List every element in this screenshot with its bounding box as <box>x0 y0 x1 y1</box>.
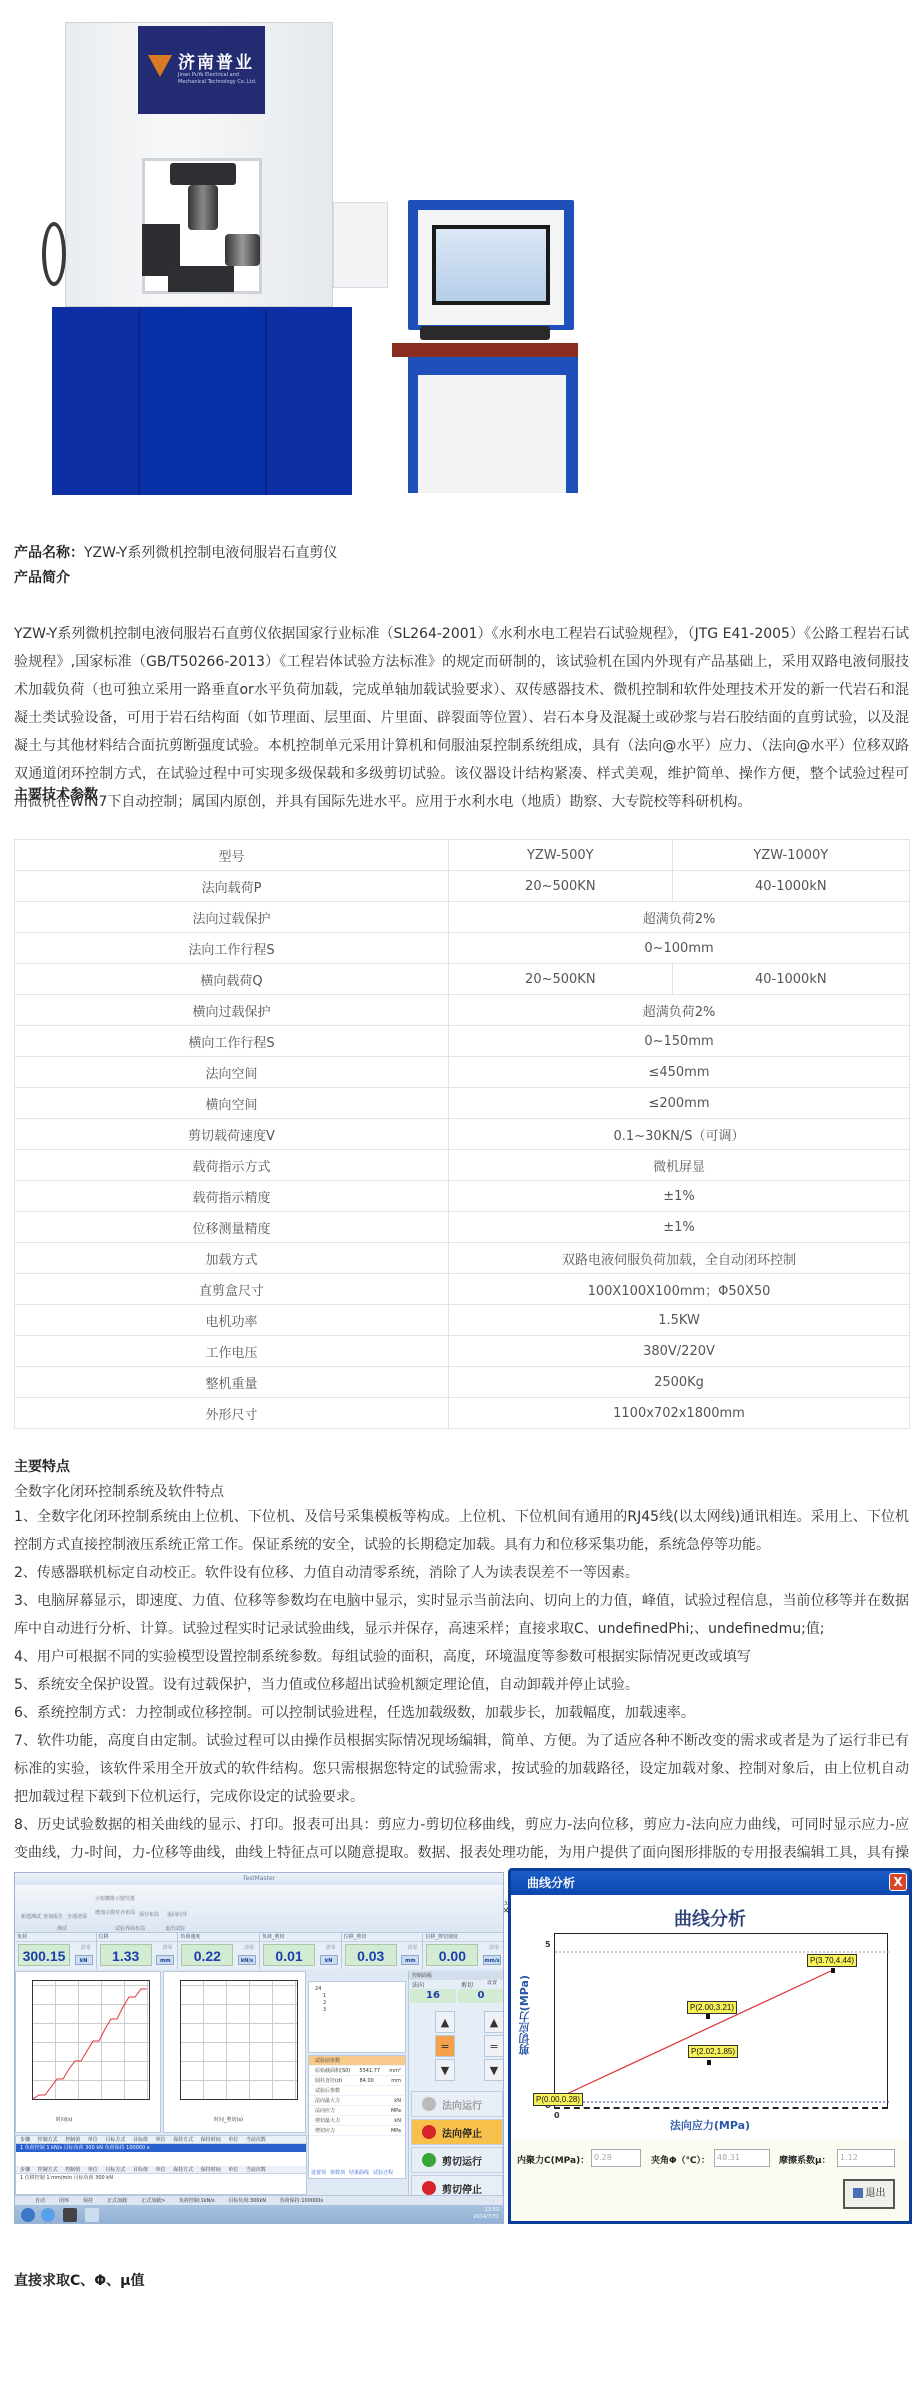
keyboard <box>420 326 550 340</box>
table-cell: 40-1000kN <box>672 871 909 902</box>
table-cell: ±1% <box>449 1212 910 1243</box>
software-screenshot: TestMaster 新建测试 查询报告 全部清零 示窗横排 示窗竖排 增加示窗… <box>14 1872 504 2224</box>
status-item: 闭环 <box>59 2198 69 2204</box>
feature-item: 2、传感器联机标定自动校正。软件设有位移、力值自动清零系统，消除了人为读表误差不… <box>14 1559 909 1587</box>
tree-node[interactable]: 3 <box>315 2007 399 2014</box>
table-cell: 1.5KW <box>449 1305 910 1336</box>
chart2-xlabel: 时间_剪切(s) <box>214 2116 243 2123</box>
table-cell: 横向载荷Q <box>15 964 449 995</box>
load-time-chart: 时间(s) <box>15 1971 161 2133</box>
save-layout-button[interactable]: 保存布局 <box>139 1911 159 1918</box>
readout-value: 0.00 <box>426 1944 478 1966</box>
readout-value: 0.03 <box>345 1944 397 1966</box>
brand-name: 济南普业 <box>178 48 254 73</box>
param-row[interactable]: 法向应力MPa <box>309 2106 405 2116</box>
table-cell: 加载方式 <box>15 1243 449 1274</box>
chart-grid <box>32 1980 150 2100</box>
horizontal-layout-button[interactable]: 示窗横排 <box>95 1895 115 1902</box>
new-test-button[interactable]: 新建测试 <box>21 1913 41 1920</box>
shear-load-chart: 时间_剪切(s) <box>163 1971 306 2133</box>
exit-label: 退出 <box>866 2188 886 2199</box>
param-name: 剪切最大力 <box>315 2116 340 2125</box>
load-curve <box>33 1981 151 2101</box>
exit-button[interactable]: 退出 <box>843 2179 895 2209</box>
side-cover <box>333 202 388 288</box>
table-cell: 20~500KN <box>449 871 673 902</box>
panel-tabs: 设置项参数项结果曲线试验过程 <box>311 2169 397 2176</box>
readout-label: 负荷 <box>15 1933 96 1942</box>
param-value: 5541.77 <box>359 2066 380 2075</box>
upper-ram <box>170 163 236 185</box>
spec-table: 型号YZW-500YYZW-1000Y法向载荷P20~500KN40-1000k… <box>14 839 910 1429</box>
shear-down-button[interactable]: ▼ <box>484 2059 504 2081</box>
param-row[interactable]: 剪切最大力kN <box>309 2116 405 2126</box>
readout-unit: kN/s <box>238 1955 256 1965</box>
window-title: TestMaster <box>15 1873 503 1885</box>
table-row: 法向过载保护超满负荷2% <box>15 902 910 933</box>
table-cell: 法向工作行程S <box>15 933 449 964</box>
y-tick-5: 5 <box>545 1940 551 1949</box>
table-row: 法向空间≤450mm <box>15 1057 910 1088</box>
product-name-label: 产品名称： <box>14 545 84 561</box>
ribbon-group-test: 测试 <box>57 1925 67 1932</box>
normal-down-button[interactable]: ▼ <box>435 2059 455 2081</box>
table-row: 电机功率1.5KW <box>15 1305 910 1336</box>
panel-tab[interactable]: 参数项 <box>330 2170 345 2176</box>
normal-label: 法向 <box>412 1980 424 1989</box>
status-bar: 自动闭环保持正式加载正式加载> 负荷控制:1kN/s 目标负荷:300kN 负荷… <box>15 2195 504 2205</box>
readout-panel: 位移 1.33 mm 清零 <box>97 1933 179 1969</box>
shear-value: 0 <box>458 1989 504 2003</box>
table-row: 外形尺寸1100x702x1800mm <box>15 1398 910 1429</box>
table-cell: 横向过载保护 <box>15 995 449 1026</box>
cohesion-field[interactable]: 0.28 <box>591 2149 641 2167</box>
table-cell: 载荷指示方式 <box>15 1150 449 1181</box>
table-row: 法向载荷P20~500KN40-1000kN <box>15 871 910 902</box>
status-item: 正式加载> 负荷控制:1kN/s 目标负荷:300kN 负荷保持:100000s <box>141 2198 323 2204</box>
param-row[interactable]: 圆柱直径(d)84.00mm <box>309 2076 405 2086</box>
base-door <box>138 310 267 495</box>
normal-value: 16 <box>410 1989 456 2003</box>
param-unit: kN <box>394 2116 401 2125</box>
param-name: 试验后参数 <box>315 2086 340 2095</box>
table-cell: 横向工作行程S <box>15 1026 449 1057</box>
param-name: 圆柱直径(d) <box>315 2076 342 2085</box>
table-cell: ±1% <box>449 1181 910 1212</box>
point-label: P(0.00,0.28) <box>533 2093 583 2106</box>
readout-unit: kN <box>320 1955 338 1965</box>
point-label: P(2.00,3.21) <box>687 2001 737 2014</box>
clock-date: 2014/7/31 <box>473 2214 499 2221</box>
step-table-header: 步骤 控制方式 控制值 单位 目标方式 目标值 单位 保持方式 保持时间 单位 … <box>16 2136 306 2144</box>
table-cell: 位移测量精度 <box>15 1212 449 1243</box>
table-cell: 横向空间 <box>15 1088 449 1119</box>
table-cell: 法向过载保护 <box>15 902 449 933</box>
chart-title: 曲线分析 <box>511 1905 909 1931</box>
tree-node[interactable]: 2 <box>315 2000 399 2007</box>
caption: 直接求取C、Φ、μ值 <box>14 2269 144 2293</box>
status-item: 自动 <box>35 2198 45 2204</box>
shear-up-button[interactable]: ▲ <box>484 2011 504 2033</box>
shear-label: 剪切 <box>461 1980 473 1989</box>
table-cell: 法向载荷P <box>15 871 449 902</box>
table-cell: 40-1000kN <box>672 964 909 995</box>
play-icon <box>422 2097 436 2111</box>
readout-unit: mm <box>156 1955 174 1965</box>
product-name: 产品名称：YZW-Y系列微机控制电液伺服岩石直剪仪 <box>14 541 337 565</box>
point-label: P(3.70,4.44) <box>807 1954 857 1967</box>
feature-item: 1、全数字化闭环控制系统由上位机、下位机、及信号采集模板等构成。上位机、下位机间… <box>14 1503 909 1559</box>
table-cell: 工作电压 <box>15 1336 449 1367</box>
readout-value: 0.01 <box>263 1944 315 1966</box>
table-cell: 型号 <box>15 840 449 871</box>
intro-heading: 产品简介 <box>14 566 70 590</box>
clock: 13:532014/7/31 <box>473 2207 499 2221</box>
table-row: 加载方式双路电液伺服负荷加载，全自动闭环控制 <box>15 1243 910 1274</box>
table-row: 横向过载保护超满负荷2% <box>15 995 910 1026</box>
curve-analysis-dialog: 曲线分析 X 曲线分析 剪切应力(MPa) 5 0 0 P(3.70,4.44)… <box>508 1868 912 2224</box>
point-label: P(2.02,1.85) <box>688 2045 738 2058</box>
ribbon-group-exit: 退出试验 <box>165 1925 185 1932</box>
panel-tab[interactable]: 设置项 <box>311 2170 326 2176</box>
table-row: 横向载荷Q20~500KN40-1000kN <box>15 964 910 995</box>
dialog-chart: 曲线分析 剪切应力(MPa) 5 0 0 P(3.70,4.44) P(2.00… <box>511 1895 909 2139</box>
step-row[interactable]: 1 负荷控制 1 kN/s 目标负荷 300 kN 负荷保持 100000 s <box>16 2144 306 2152</box>
table-cell: 1100x702x1800mm <box>449 1398 910 1429</box>
readout-value: 1.33 <box>100 1944 152 1966</box>
friction-label: 摩擦系数μ： <box>779 2153 831 2166</box>
readout-label: 位移_剪切速度 <box>423 1933 504 1942</box>
feature-item: 3、电脑屏幕显示，即速度、力值、位移等参数均在电脑中显示，实时显示当前法向、切向… <box>14 1587 909 1643</box>
results-panel: 内聚力C(MPa)： 0.28 夹角Φ（℃）： 48.31 摩擦系数μ： 1.1… <box>511 2143 909 2221</box>
shear-set-button[interactable]: 设置 <box>485 1979 499 1986</box>
friction-field[interactable]: 1.12 <box>837 2149 895 2167</box>
dialog-title: 曲线分析 <box>527 1876 575 1890</box>
stop-icon <box>422 2125 436 2139</box>
normal-up-button[interactable]: ▲ <box>435 2011 455 2033</box>
table-row: 载荷指示精度±1% <box>15 1181 910 1212</box>
table-cell: 电机功率 <box>15 1305 449 1336</box>
param-row[interactable]: 原始截面积(S0)5541.77mm² <box>309 2066 405 2076</box>
param-name: 剪切应力 <box>315 2126 335 2135</box>
param-name: 原始截面积(S0) <box>315 2066 350 2075</box>
shear-stop-label: 剪切停止 <box>442 2181 482 2196</box>
param-value: 84.00 <box>360 2076 374 2085</box>
browser-icon[interactable] <box>41 2208 55 2222</box>
shear-box <box>168 266 234 292</box>
data-point <box>707 2060 711 2065</box>
table-row: 剪切载荷速度V0.1~30KN/S（可调） <box>15 1119 910 1150</box>
clear-button[interactable]: 清零 <box>489 1944 499 1951</box>
params-heading: 主要技术参数 <box>14 783 98 807</box>
exit-icon <box>853 2188 863 2198</box>
table-row: 横向空间≤200mm <box>15 1088 910 1119</box>
param-row[interactable]: 试验后参数 <box>309 2086 405 2096</box>
dialog-titlebar: 曲线分析 X <box>511 1871 909 1895</box>
test-tree[interactable]: 24 1 2 3 <box>308 1981 406 2053</box>
table-cell: 载荷指示精度 <box>15 1181 449 1212</box>
add-window-button[interactable]: 增加示窗 <box>95 1909 115 1916</box>
table-cell: 380V/220V <box>449 1336 910 1367</box>
features-list: 1、全数字化闭环控制系统由上位机、下位机、及信号采集模板等构成。上位机、下位机间… <box>14 1503 909 1923</box>
table-cell: 直剪盒尺寸 <box>15 1274 449 1305</box>
param-unit: MPa <box>391 2126 401 2135</box>
handwheel-icon <box>42 222 66 286</box>
x-axis-label: 法向应力(MPa) <box>511 2117 909 2133</box>
step-table-header-2: 步骤 控制方式 控制值 单位 目标方式 目标值 单位 保持方式 保持时间 单位 … <box>16 2166 306 2174</box>
clear-button[interactable]: 清零 <box>407 1944 417 1951</box>
shear-run-button[interactable]: 剪切运行 <box>411 2147 503 2173</box>
status-item: 正式加载 <box>107 2198 127 2204</box>
readout-panel: 负荷 300.15 kN 清零 <box>15 1933 97 1969</box>
data-point <box>706 2014 710 2019</box>
cohesion-label: 内聚力C(MPa)： <box>517 2153 589 2166</box>
normal-hold-button[interactable]: = <box>435 2035 455 2057</box>
status-item: 保持 <box>83 2198 93 2204</box>
clear-button[interactable]: 清零 <box>244 1944 254 1951</box>
readout-label: 负荷_剪切 <box>260 1933 341 1942</box>
panel-tab[interactable]: 试验过程 <box>373 2170 393 2176</box>
clear-button[interactable]: 清零 <box>162 1944 172 1951</box>
monitor-screen <box>436 229 546 301</box>
brand-name-en: Jinan PuYe Electrical and Mechanical Tec… <box>178 72 263 86</box>
readout-value: 300.15 <box>18 1944 70 1966</box>
panel-tab[interactable]: 结果曲线 <box>349 2170 369 2176</box>
y-axis-label: 剪切应力(MPa) <box>517 1975 533 2055</box>
brand-logo-icon <box>148 55 172 77</box>
table-cell: 剪切载荷速度V <box>15 1119 449 1150</box>
features-heading: 主要特点 <box>14 1455 70 1479</box>
readout-panel: 负荷速度 0.22 kN/s 清零 <box>178 1933 260 1969</box>
clear-button[interactable]: 清零 <box>81 1944 91 1951</box>
angle-field[interactable]: 48.31 <box>714 2149 770 2167</box>
table-cell: 微机屏显 <box>449 1150 910 1181</box>
param-row[interactable]: 剪切应力MPa <box>309 2126 405 2136</box>
param-row[interactable]: 法向最大力kN <box>309 2096 405 2106</box>
readout-panel: 负荷_剪切 0.01 kN 清零 <box>260 1933 342 1969</box>
param-name: 法向最大力 <box>315 2096 340 2105</box>
feature-item: 7、软件功能，高度自由定制。试验过程可以由操作员根据实际情况现场编辑，简单、方便… <box>14 1727 909 1811</box>
table-row: 工作电压380V/220V <box>15 1336 910 1367</box>
monitor <box>432 225 550 305</box>
table-row: 横向工作行程S0~150mm <box>15 1026 910 1057</box>
product-photo: 济南普业 Jinan PuYe Electrical and Mechanica… <box>0 0 600 500</box>
ribbon-group-layout: 试验界面布局 <box>115 1925 145 1932</box>
readout-label: 位移_剪切 <box>342 1933 423 1942</box>
readout-unit: kN <box>75 1955 93 1965</box>
table-cell: 外形尺寸 <box>15 1398 449 1429</box>
chart-grid <box>180 1980 298 2100</box>
param-name: 试验前参数 <box>315 2056 340 2065</box>
align-layout-button[interactable]: 对齐布局 <box>115 1909 135 1916</box>
table-header-row: 型号YZW-500YYZW-1000Y <box>15 840 910 871</box>
feature-item: 4、用户可根据不同的实验模型设置控制系统参数。每组试验的面积，高度，环境温度等参… <box>14 1643 909 1671</box>
normal-stop-label: 法向停止 <box>442 2125 482 2140</box>
readout-label: 位移 <box>97 1933 178 1942</box>
table-cell: 0~150mm <box>449 1026 910 1057</box>
table-row: 法向工作行程S0~100mm <box>15 933 910 964</box>
param-row[interactable]: 试验前参数 <box>309 2056 405 2066</box>
right-jaw <box>225 234 260 266</box>
table-row: 整机重量2500Kg <box>15 1367 910 1398</box>
normal-run-label: 法向运行 <box>442 2097 482 2112</box>
normal-stop-button[interactable]: 法向停止 <box>411 2119 503 2145</box>
return-wizard-button[interactable]: 返回向导 <box>167 1911 187 1918</box>
table-row: 载荷指示方式微机屏显 <box>15 1150 910 1181</box>
table-row: 直剪盒尺寸100X100X100mm；Φ50X50 <box>15 1274 910 1305</box>
feature-item: 5、系统安全保护设置。设有过载保护，当力值或位移超出试验机额定理论值，自动卸载并… <box>14 1671 909 1699</box>
desk-top <box>392 343 578 357</box>
tree-node[interactable]: 1 <box>315 1993 399 2000</box>
app-icon[interactable] <box>63 2208 77 2222</box>
table-cell: 整机重量 <box>15 1367 449 1398</box>
readout-panel: 位移_剪切速度 0.00 mm/s 清零 <box>423 1933 504 1969</box>
clear-button[interactable]: 清零 <box>326 1944 336 1951</box>
readout-bar: 负荷 300.15 kN 清零位移 1.33 mm 清零负荷速度 0.22 kN… <box>15 1933 504 1969</box>
query-report-button[interactable]: 查询报告 <box>43 1913 63 1920</box>
stop-icon <box>422 2181 436 2195</box>
table-cell: 0~100mm <box>449 933 910 964</box>
product-name-value: YZW-Y系列微机控制电液伺服岩石直剪仪 <box>84 545 337 561</box>
shear-run-label: 剪切运行 <box>442 2153 482 2168</box>
table-cell: YZW-1000Y <box>672 840 909 871</box>
param-unit: mm <box>391 2076 401 2085</box>
piston <box>188 185 218 230</box>
table-cell: 超满负荷2% <box>449 995 910 1026</box>
close-button[interactable]: X <box>889 1873 907 1891</box>
angle-label: 夹角Φ（℃）： <box>651 2153 710 2166</box>
play-icon <box>422 2153 436 2167</box>
table-cell: 超满负荷2% <box>449 902 910 933</box>
table-cell: 20~500KN <box>449 964 673 995</box>
readout-panel: 位移_剪切 0.03 mm 清零 <box>342 1933 424 1969</box>
clock-time: 13:53 <box>473 2207 499 2214</box>
step-table: 步骤 控制方式 控制值 单位 目标方式 目标值 单位 保持方式 保持时间 单位 … <box>15 2135 307 2195</box>
parameter-panel: 试验前参数原始截面积(S0)5541.77mm²圆柱直径(d)84.00mm试验… <box>308 2055 406 2179</box>
param-name: 法向应力 <box>315 2106 335 2115</box>
cabinet-door <box>418 375 566 493</box>
taskbar: 13:532014/7/31 <box>15 2205 504 2224</box>
step-row[interactable]: 1 位移控制 1 mm/min 目标负荷 300 kN <box>16 2174 306 2182</box>
control-panel: 控制面板 法向 剪切 设置 16 0 ▲ = ▼ ▲ = ▼ 法向运行 法向停止… <box>408 1971 504 2207</box>
table-cell: 0.1~30KN/S（可调） <box>449 1119 910 1150</box>
vertical-layout-button[interactable]: 示窗竖排 <box>115 1895 135 1902</box>
table-cell: 100X100X100mm；Φ50X50 <box>449 1274 910 1305</box>
table-cell: 法向空间 <box>15 1057 449 1088</box>
param-unit: kN <box>394 2096 401 2105</box>
table-cell: YZW-500Y <box>449 840 673 871</box>
file-icon[interactable] <box>85 2208 99 2222</box>
param-unit: mm² <box>389 2066 401 2075</box>
readout-value: 0.22 <box>181 1944 233 1966</box>
table-cell: ≤450mm <box>449 1057 910 1088</box>
readout-label: 负荷速度 <box>178 1933 259 1942</box>
data-point <box>831 1968 835 1973</box>
shear-hold-button[interactable]: = <box>484 2035 504 2057</box>
feature-item: 6、系统控制方式：力控制或位移控制。可以控制试验进程，任选加载级数，加载步长，加… <box>14 1699 909 1727</box>
features-subheading: 全数字化闭环控制系统及软件特点 <box>14 1480 224 1504</box>
chart1-xlabel: 时间(s) <box>56 2116 73 2123</box>
table-cell: 双路电液伺服负荷加载，全自动闭环控制 <box>449 1243 910 1274</box>
start-icon[interactable] <box>21 2208 35 2222</box>
readout-unit: mm/s <box>483 1955 501 1965</box>
table-cell: ≤200mm <box>449 1088 910 1119</box>
table-row: 位移测量精度±1% <box>15 1212 910 1243</box>
tree-root[interactable]: 24 <box>315 1986 399 1993</box>
clear-all-button[interactable]: 全部清零 <box>67 1913 87 1920</box>
intro-paragraph: YZW-Y系列微机控制电液伺服岩石直剪仪依据国家行业标准（SL264-2001）… <box>14 620 909 816</box>
readout-unit: mm <box>401 1955 419 1965</box>
param-unit: MPa <box>391 2106 401 2115</box>
table-cell: 2500Kg <box>449 1367 910 1398</box>
ribbon-toolbar: 新建测试 查询报告 全部清零 示窗横排 示窗竖排 增加示窗 对齐布局 保存布局 … <box>15 1885 503 1933</box>
normal-run-button[interactable]: 法向运行 <box>411 2091 503 2117</box>
